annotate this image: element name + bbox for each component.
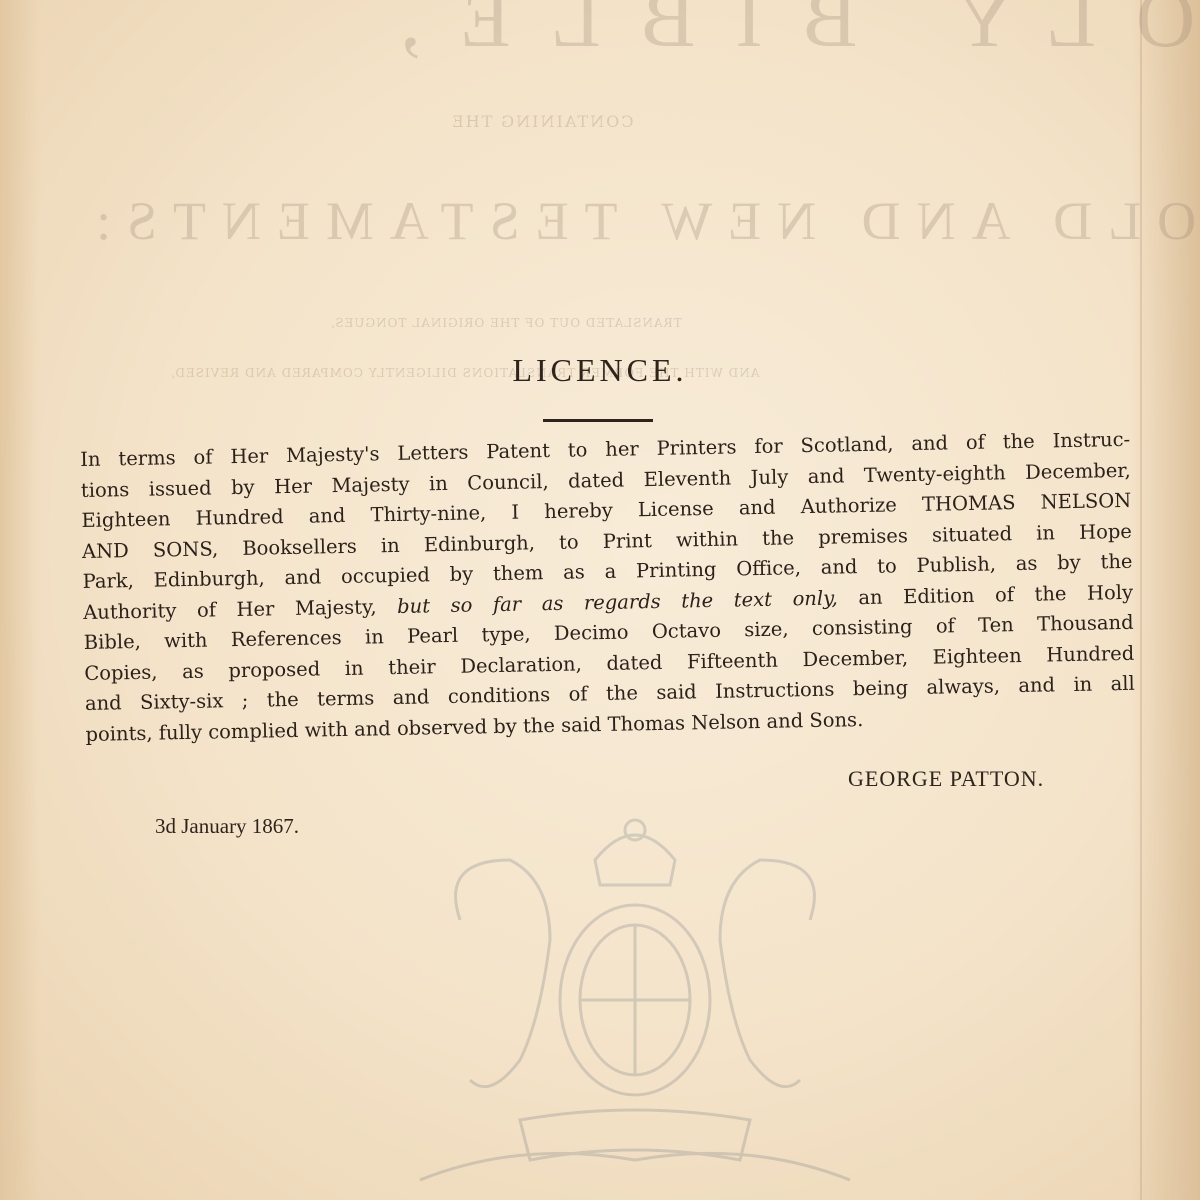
bleed-through-containing: CONTAINING THE bbox=[450, 112, 634, 131]
bleed-through-testaments: OLD AND NEW TESTAMENTS: bbox=[80, 190, 1196, 252]
page-edge-line bbox=[1140, 0, 1142, 1200]
licence-italic-text: but so far as regards the text only, bbox=[397, 586, 838, 617]
signature: GEORGE PATTON. bbox=[848, 766, 1044, 792]
licence-text: Authority of Her Majesty, bbox=[83, 594, 397, 623]
coat-of-arms-icon bbox=[400, 800, 870, 1200]
heading-rule bbox=[543, 419, 653, 422]
page-shadow-left bbox=[0, 0, 40, 1200]
book-page: HOLY BIBLE, CONTAINING THE OLD AND NEW T… bbox=[0, 0, 1200, 1200]
licence-date: 3d January 1867. bbox=[155, 814, 299, 839]
licence-text: an Edition of the Holy bbox=[838, 580, 1134, 609]
bleed-through-title: HOLY BIBLE, bbox=[360, 0, 1200, 66]
bleed-through-translated: TRANSLATED OUT OF THE ORIGINAL TONGUES, bbox=[330, 316, 682, 330]
licence-body: In terms of Her Majesty's Letters Patent… bbox=[80, 425, 1136, 750]
licence-heading: LICENCE. bbox=[0, 352, 1200, 389]
